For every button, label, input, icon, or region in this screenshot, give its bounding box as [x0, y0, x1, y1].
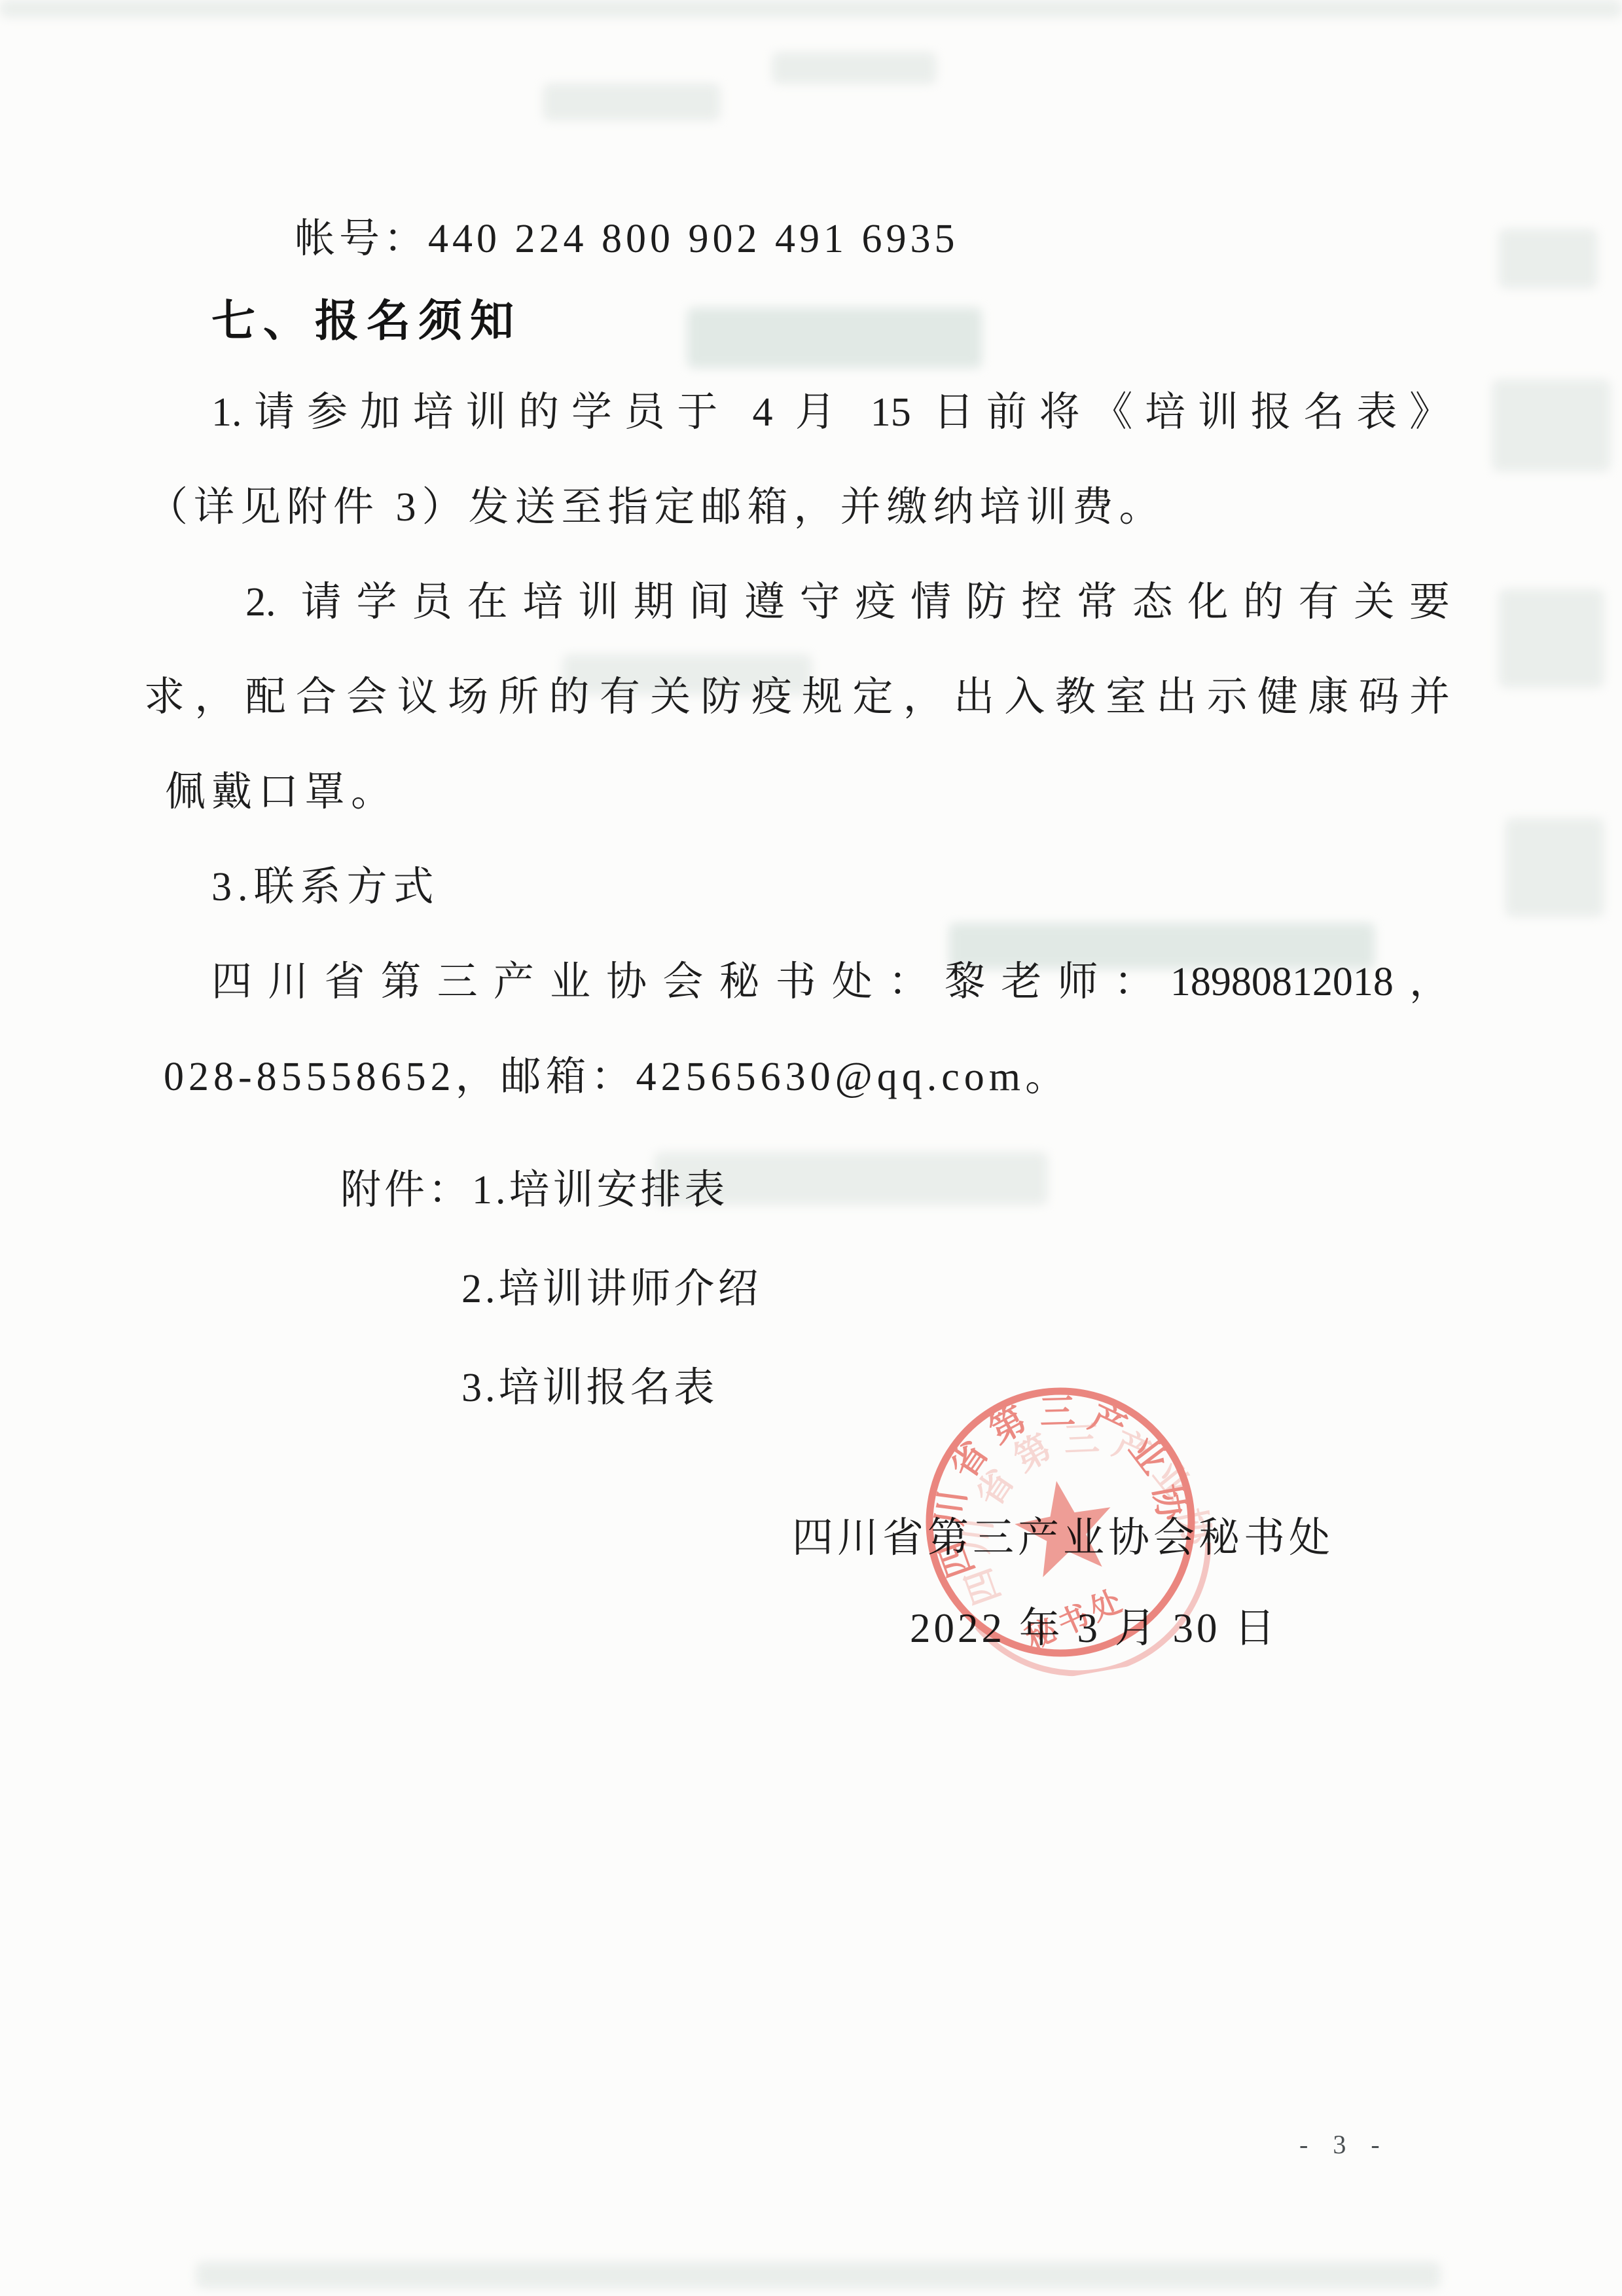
section-heading: 七、报名须知 [211, 296, 522, 346]
page-number: - 3 - [1299, 2129, 1389, 2160]
paragraph2-line2: 求，配合会议场所的有关防疫规定，出入教室出示健康码并 [144, 674, 1450, 721]
paragraph1-line1: 1.请参加培训的学员于 4 月 15 日前将《培训报名表》 [211, 390, 1450, 436]
bleed-through-artifact [543, 84, 720, 120]
official-seal: 四川省第三产业协会 四川省第三产业协会 秘书处 [882, 1344, 1238, 1700]
attachment-item-1: 1.培训安排表 [472, 1168, 729, 1212]
attachment-item-3: 3.培训报名表 [461, 1365, 718, 1412]
attachments-line1: 附件：1.培训安排表 [340, 1167, 729, 1214]
paragraph2-line3: 佩戴口罩。 [165, 769, 397, 816]
bleed-through-artifact [1492, 380, 1610, 471]
paragraph1-line2: （详见附件 3）发送至指定邮箱，并缴纳培训费。 [147, 484, 1166, 531]
bleed-through-artifact [687, 308, 982, 368]
contact-line1: 四川省第三产业协会秘书处：黎老师：18980812018， [211, 959, 1450, 1006]
contact-line2: 028-85558652，邮箱：42565630@qq.com。 [164, 1054, 1070, 1101]
bleed-through-artifact [1499, 589, 1604, 687]
account-number-line: 帐号：440 224 800 902 491 6935 [295, 216, 959, 263]
paragraph2-line1: 2. 请学员在培训期间遵守疫情防控常态化的有关要 [245, 579, 1450, 626]
seal-star-icon [1009, 1472, 1121, 1580]
scan-artifact [0, 0, 1622, 17]
bleed-through-artifact [1505, 818, 1604, 917]
attachment-item-2: 2.培训讲师介绍 [461, 1266, 762, 1313]
document-page: 帐号：440 224 800 902 491 6935 七、报名须知 1.请参加… [0, 0, 1622, 2296]
scan-artifact [196, 2262, 1440, 2288]
paragraph3-heading: 3.联系方式 [211, 864, 440, 911]
bleed-through-artifact [772, 52, 936, 84]
bleed-through-artifact [1499, 229, 1597, 288]
seal-graphic: 四川省第三产业协会 四川省第三产业协会 秘书处 [882, 1344, 1238, 1700]
attachments-label: 附件： [340, 1168, 472, 1212]
